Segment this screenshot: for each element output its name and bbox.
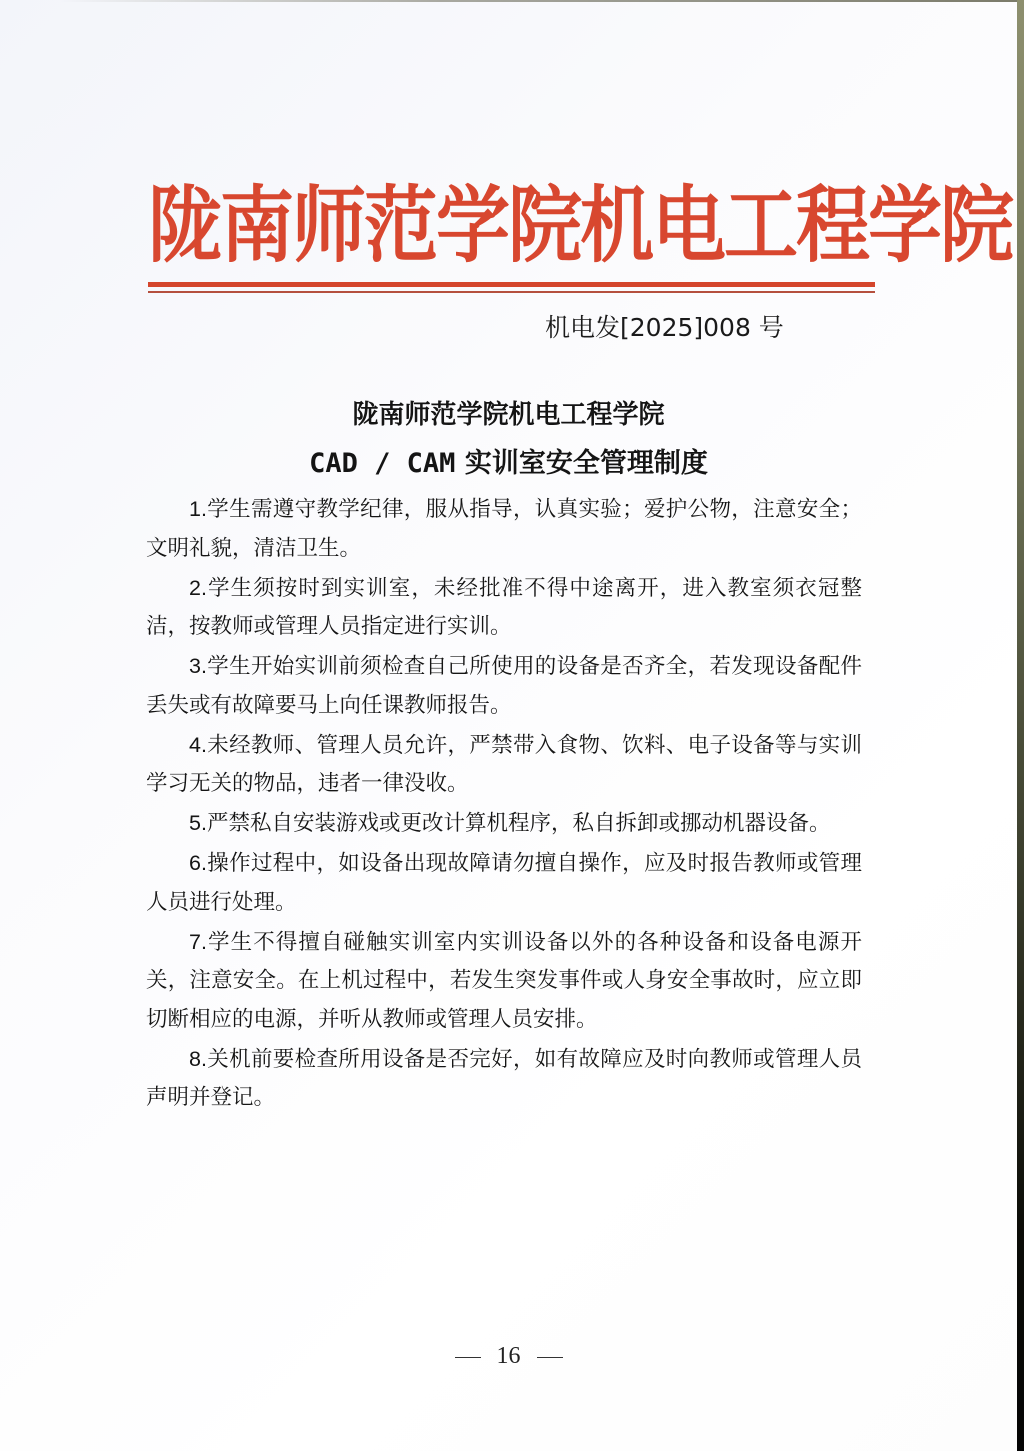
page-number: 16: [497, 1343, 521, 1369]
rule-item-3: 3.学生开始实训前须检查自己所使用的设备是否齐全，若发现设备配件丢失或有故障要马…: [146, 647, 862, 725]
rule-number: 4.: [189, 733, 207, 757]
dash-left: [455, 1357, 481, 1359]
document-title-line-1: 陇南师范学院机电工程学院: [0, 393, 1017, 437]
scan-background-edge: [1017, 0, 1024, 1451]
rule-text: 学生需遵守教学纪律，服从指导，认真实验；爱护公物，注意安全；文明礼貌，清洁卫生。: [146, 497, 862, 561]
rule-item-5: 5.严禁私自安装游戏或更改计算机程序，私自拆卸或挪动机器设备。: [146, 804, 862, 844]
rule-number: 2.: [189, 576, 207, 600]
document-title-line-2: CAD / CAM 实训室安全管理制度: [0, 440, 1017, 488]
rule-item-6: 6.操作过程中，如设备出现故障请勿擅自操作，应及时报告教师或管理人员进行处理。: [146, 844, 862, 922]
rule-item-4: 4.未经教师、管理人员允许，严禁带入食物、饮料、电子设备等与实训学习无关的物品，…: [146, 726, 862, 804]
document-title-cn: 实训室安全管理制度: [465, 448, 708, 479]
rule-item-2: 2.学生须按时到实训室，未经批准不得中途离开，进入教室须衣冠整洁，按教师或管理人…: [146, 569, 862, 647]
rule-item-7: 7.学生不得擅自碰触实训室内实训设备以外的各种设备和设备电源开关，注意安全。在上…: [146, 923, 862, 1040]
rule-number: 3.: [189, 654, 207, 678]
letterhead-masthead: 陇南师范学院机电工程学院: [148, 168, 875, 284]
rule-text: 关机前要检查所用设备是否完好，如有故障应及时向教师或管理人员声明并登记。: [146, 1047, 862, 1111]
rule-item-1: 1.学生需遵守教学纪律，服从指导，认真实验；爱护公物，注意安全；文明礼貌，清洁卫…: [146, 490, 862, 568]
rule-number: 6.: [189, 851, 207, 875]
rule-text: 严禁私自安装游戏或更改计算机程序，私自拆卸或挪动机器设备。: [207, 811, 831, 836]
rule-text: 操作过程中，如设备出现故障请勿擅自操作，应及时报告教师或管理人员进行处理。: [146, 851, 862, 915]
rule-text: 未经教师、管理人员允许，严禁带入食物、饮料、电子设备等与实训学习无关的物品，违者…: [146, 733, 862, 797]
rule-number: 8.: [189, 1047, 207, 1071]
page-number-footer: 16: [0, 1336, 1017, 1376]
document-number: 机电发[2025]008 号: [545, 308, 784, 348]
letterhead-rule-thick: [148, 282, 875, 287]
document-title-latin: CAD / CAM: [309, 448, 455, 479]
rules-list: 1.学生需遵守教学纪律，服从指导，认真实验；爱护公物，注意安全；文明礼貌，清洁卫…: [146, 490, 862, 1118]
rule-number: 5.: [189, 811, 207, 835]
rule-number: 1.: [189, 497, 207, 521]
paper-top-edge: [60, 0, 1017, 2]
rule-text: 学生开始实训前须检查自己所使用的设备是否齐全，若发现设备配件丢失或有故障要马上向…: [146, 654, 862, 718]
document-page: 陇南师范学院机电工程学院 机电发[2025]008 号 陇南师范学院机电工程学院…: [0, 0, 1017, 1451]
rule-number: 7.: [189, 930, 207, 954]
letterhead-rule-thin: [148, 291, 875, 293]
dash-right: [537, 1357, 563, 1359]
rule-item-8: 8.关机前要检查所用设备是否完好，如有故障应及时向教师或管理人员声明并登记。: [146, 1040, 862, 1118]
rule-text: 学生不得擅自碰触实训室内实训设备以外的各种设备和设备电源开关，注意安全。在上机过…: [146, 930, 862, 1032]
rule-text: 学生须按时到实训室，未经批准不得中途离开，进入教室须衣冠整洁，按教师或管理人员指…: [146, 576, 862, 640]
